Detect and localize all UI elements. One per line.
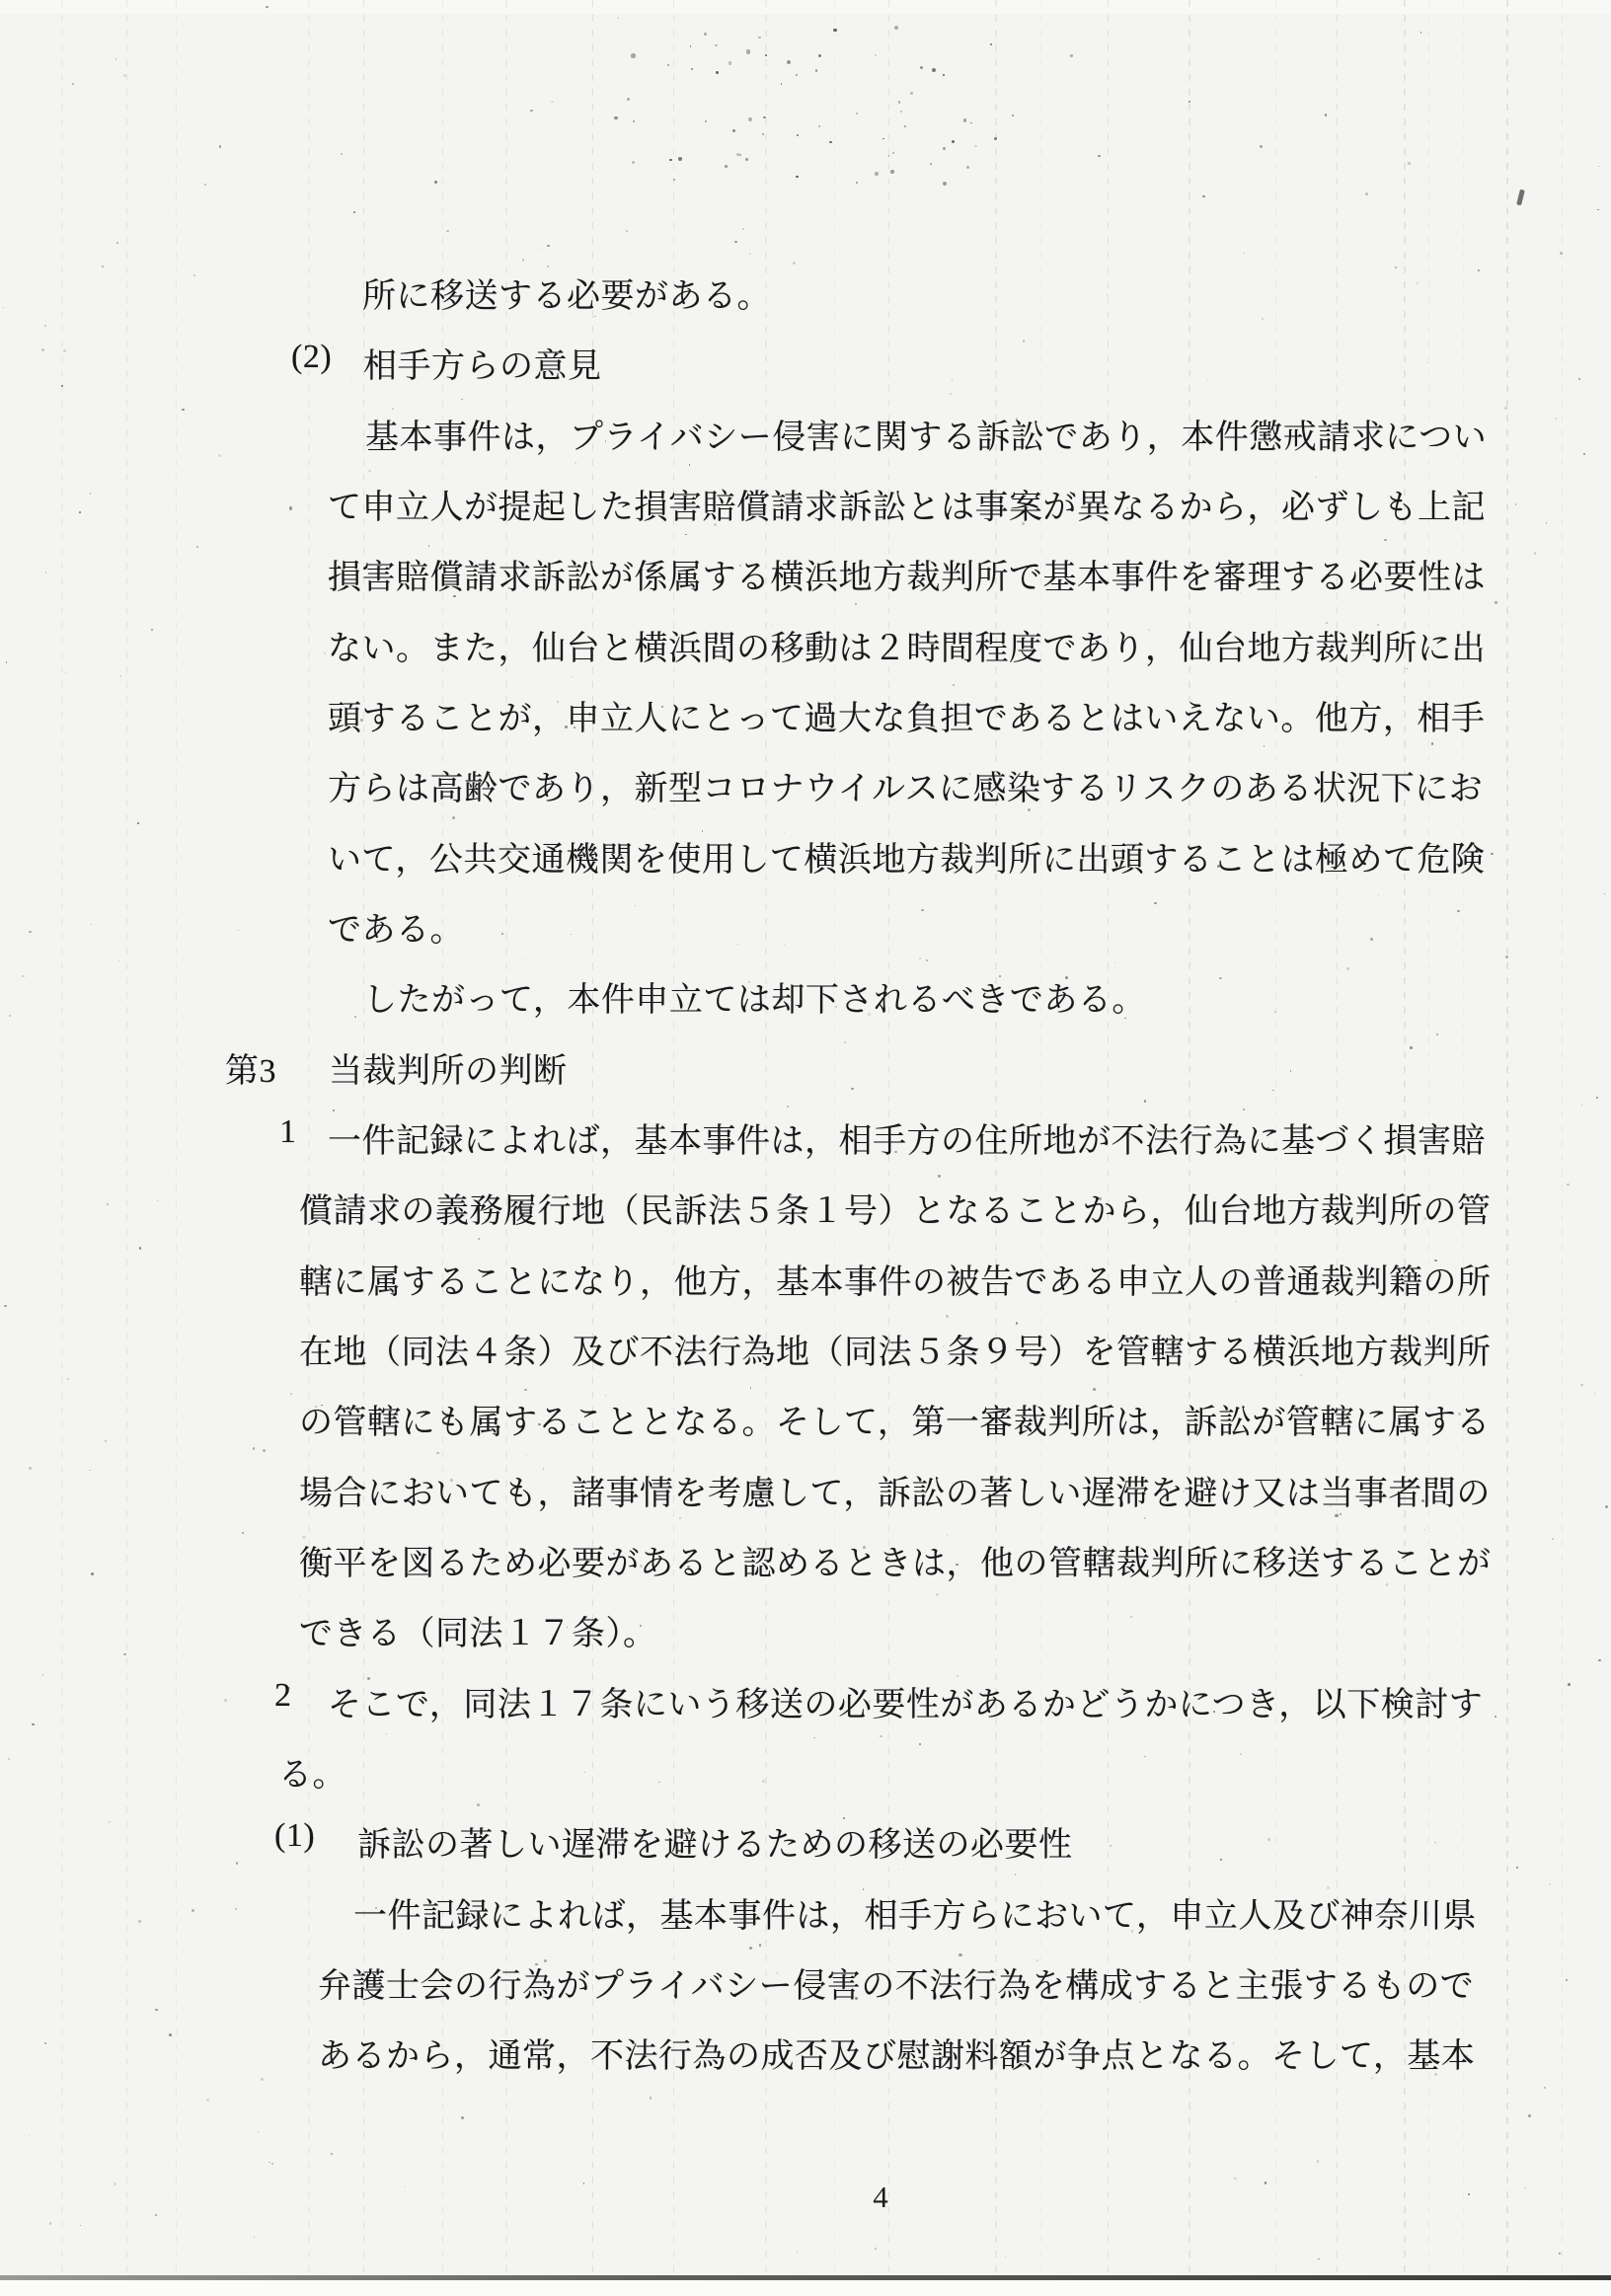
text-segment: 場合においても，諸事情を考慮して，訴訟の著しい遅滞を避け又は当事者間の — [299, 1466, 1491, 1514]
text-line: あるから，通常，不法行為の成否及び慰謝料額が争点となる。そして，基本 — [0, 2028, 1611, 2072]
text-segment: (2) — [291, 339, 332, 376]
text-line: 一件記録によれば，基本事件は，相手方らにおいて，申立人及び神奈川県 — [0, 1888, 1611, 1932]
document-text-layer: 所に移送する必要がある。(2)相手方らの意見基本事件は，プライバシー侵害に関する… — [0, 0, 1611, 2296]
text-segment: 所に移送する必要がある。 — [362, 268, 771, 317]
text-line: できる（同法１７条）。 — [0, 1606, 1611, 1649]
text-line: 償請求の義務履行地（民訴法５条１号）となることから，仙台地方裁判所の管 — [0, 1184, 1611, 1227]
text-line: (1)訴訟の著しい遅滞を避けるための移送の必要性 — [0, 1817, 1611, 1861]
text-line: て申立人が提起した損害賠償請求訴訟とは事案が異なるから，必ずしも上記 — [0, 480, 1611, 523]
text-line: いて，公共交通機関を使用して横浜地方裁判所に出頭することは極めて危険 — [0, 832, 1611, 876]
text-segment: 在地（同法４条）及び不法行為地（同法５条９号）を管轄する横浜地方裁判所 — [299, 1325, 1492, 1373]
text-line: (2)相手方らの意見 — [0, 339, 1611, 382]
scanned-document-page: 所に移送する必要がある。(2)相手方らの意見基本事件は，プライバシー侵害に関する… — [0, 0, 1611, 2296]
text-segment: 償請求の義務履行地（民訴法５条１号）となることから，仙台地方裁判所の管 — [299, 1184, 1492, 1232]
text-line: 基本事件は，プライバシー侵害に関する訴訟であり，本件懲戒請求につい — [0, 410, 1611, 453]
text-segment: 相手方らの意見 — [363, 339, 602, 387]
text-line: ない。また，仙台と横浜間の移動は２時間程度であり，仙台地方裁判所に出 — [0, 621, 1611, 664]
text-line: 所に移送する必要がある。 — [0, 268, 1611, 312]
text-segment: したがって，本件申立ては却下されるべきである。 — [363, 972, 1146, 1021]
text-segment: 2 — [274, 1677, 292, 1715]
text-segment: 弁護士会の行為がプライバシー侵害の不法行為を構成すると主張するもので — [318, 1958, 1474, 2007]
text-segment: である。 — [328, 902, 464, 951]
text-segment: 損害賠償請求訴訟が係属する横浜地方裁判所で基本事件を審理する必要性は — [328, 550, 1486, 598]
text-segment: そこで，同法１７条にいう移送の必要性があるかどうかにつき，以下検討す — [328, 1677, 1483, 1725]
text-segment: の管轄にも属することとなる。そして，第一審裁判所は，訴訟が管轄に属する — [299, 1395, 1491, 1443]
text-segment: できる（同法１７条）。 — [299, 1606, 657, 1654]
text-segment: る。 — [278, 1747, 346, 1796]
text-segment: あるから，通常，不法行為の成否及び慰謝料額が争点となる。そして，基本 — [318, 2028, 1475, 2077]
text-line: である。 — [0, 902, 1611, 946]
text-segment: (1) — [274, 1817, 315, 1855]
text-line: 轄に属することになり，他方，基本事件の被告である申立人の普通裁判籍の所 — [0, 1255, 1611, 1298]
text-segment: て申立人が提起した損害賠償請求訴訟とは事案が異なるから，必ずしも上記 — [328, 480, 1486, 528]
text-segment: 一件記録によれば，基本事件は，相手方の住所地が不法行為に基づく損害賠 — [328, 1113, 1486, 1162]
text-segment: 頭することが，申立人にとって過大な負担であるとはいえない。他方，相手 — [328, 691, 1485, 739]
text-line: る。 — [0, 1747, 1611, 1791]
text-line: 在地（同法４条）及び不法行為地（同法５条９号）を管轄する横浜地方裁判所 — [0, 1325, 1611, 1368]
text-line: 弁護士会の行為がプライバシー侵害の不法行為を構成すると主張するもので — [0, 1958, 1611, 2002]
text-line: 場合においても，諸事情を考慮して，訴訟の著しい遅滞を避け又は当事者間の — [0, 1466, 1611, 1509]
text-segment: 轄に属することになり，他方，基本事件の被告である申立人の普通裁判籍の所 — [299, 1255, 1492, 1303]
text-segment: 1 — [279, 1113, 297, 1151]
text-segment: ない。また，仙台と横浜間の移動は２時間程度であり，仙台地方裁判所に出 — [328, 621, 1486, 669]
scan-bottom-line — [0, 2275, 1611, 2280]
text-segment: 訴訟の著しい遅滞を避けるための移送の必要性 — [357, 1817, 1073, 1866]
text-segment: いて，公共交通機関を使用して横浜地方裁判所に出頭することは極めて危険 — [328, 832, 1485, 880]
text-line: したがって，本件申立ては却下されるべきである。 — [0, 972, 1611, 1016]
text-segment: 衡平を図るため必要があると認めるときは，他の管轄裁判所に移送することが — [299, 1536, 1492, 1584]
text-segment: 一件記録によれば，基本事件は，相手方らにおいて，申立人及び神奈川県 — [353, 1888, 1477, 1937]
text-line: 頭することが，申立人にとって過大な負担であるとはいえない。他方，相手 — [0, 691, 1611, 734]
text-segment: 基本事件は，プライバシー侵害に関する訴訟であり，本件懲戒請求につい — [365, 410, 1487, 458]
text-line: 2そこで，同法１７条にいう移送の必要性があるかどうかにつき，以下検討す — [0, 1677, 1611, 1721]
text-segment: 方らは高齢であり，新型コロナウイルスに感染するリスクのある状況下にお — [328, 761, 1483, 809]
text-line: 損害賠償請求訴訟が係属する横浜地方裁判所で基本事件を審理する必要性は — [0, 550, 1611, 593]
text-line: 第3当裁判所の判断 — [0, 1043, 1611, 1087]
scan-below-line-strip — [0, 2280, 1611, 2296]
text-line: の管轄にも属することとなる。そして，第一審裁判所は，訴訟が管轄に属する — [0, 1395, 1611, 1438]
text-line: 1一件記録によれば，基本事件は，相手方の住所地が不法行為に基づく損害賠 — [0, 1113, 1611, 1157]
text-segment: 当裁判所の判断 — [329, 1043, 568, 1092]
text-segment: 第3 — [225, 1043, 276, 1092]
text-line: 方らは高齢であり，新型コロナウイルスに感染するリスクのある状況下にお — [0, 761, 1611, 804]
text-line: 衡平を図るため必要があると認めるときは，他の管轄裁判所に移送することが — [0, 1536, 1611, 1579]
